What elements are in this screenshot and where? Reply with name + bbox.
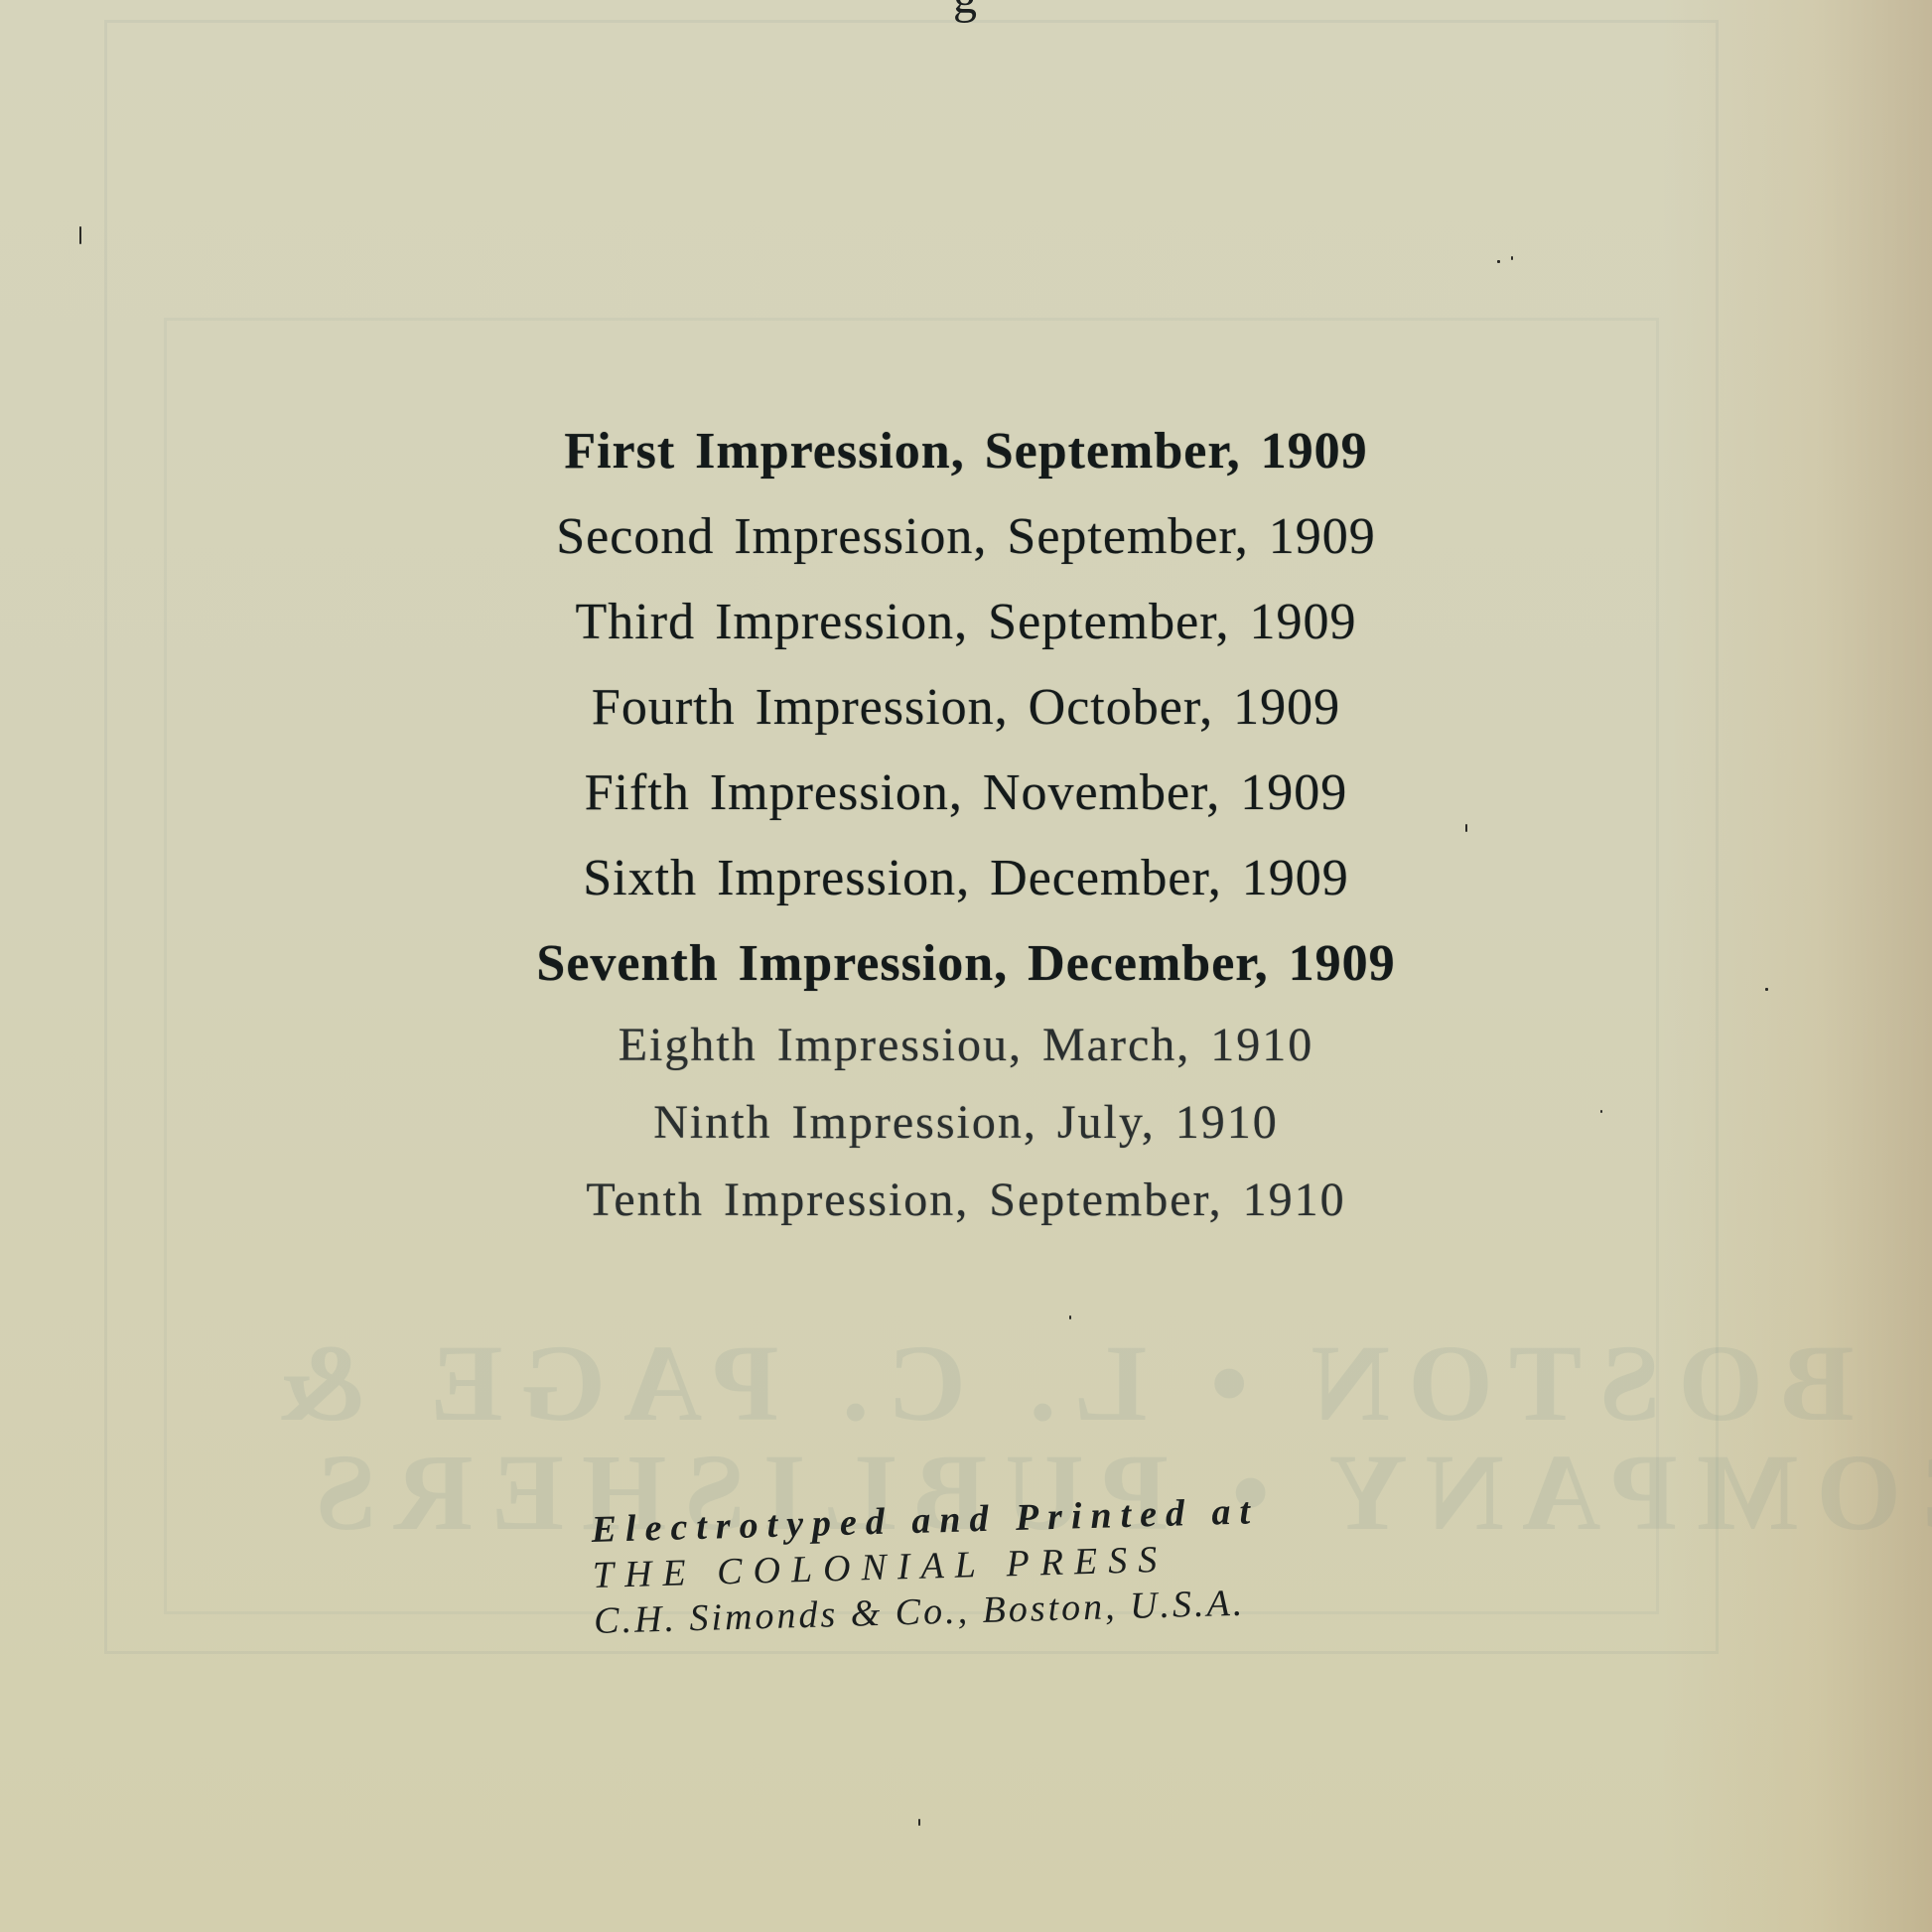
paper-speck [1765,988,1768,991]
impression-ninth: Ninth Impression, July, 1910 [0,1084,1932,1162]
paper-speck [1465,824,1467,832]
paper-speck [1511,256,1513,260]
paper-speck [79,226,81,244]
book-page: BOSTON • L. C. PAGE & COMPANY • PUBLISHE… [0,0,1932,1932]
impression-seventh: Seventh Impression, December, 1909 [0,921,1932,1007]
impression-fifth: Fifth Impression, November, 1909 [0,751,1932,836]
paper-speck [1069,1315,1071,1319]
paper-speck [918,1819,920,1826]
printer-colophon: Electrotyped and Printed at THE COLONIAL… [591,1487,1310,1644]
impression-second: Second Impression, September, 1909 [0,494,1932,580]
impression-tenth: Tenth Impression, September, 1910 [0,1162,1932,1239]
cropped-top-glyph: g [953,0,977,25]
impression-eighth: Eighth Impressiou, March, 1910 [0,1007,1932,1084]
impression-third: Third Impression, September, 1909 [0,580,1932,665]
impression-sixth: Sixth Impression, December, 1909 [0,836,1932,921]
paper-speck [1497,260,1500,263]
impression-first: First Impression, September, 1909 [0,409,1932,494]
impression-fourth: Fourth Impression, October, 1909 [0,665,1932,751]
paper-speck [1600,1110,1602,1113]
show-through-text-1: BOSTON • L. C. PAGE & [258,1320,1854,1447]
impression-list: First Impression, September, 1909 Second… [0,409,1932,1239]
